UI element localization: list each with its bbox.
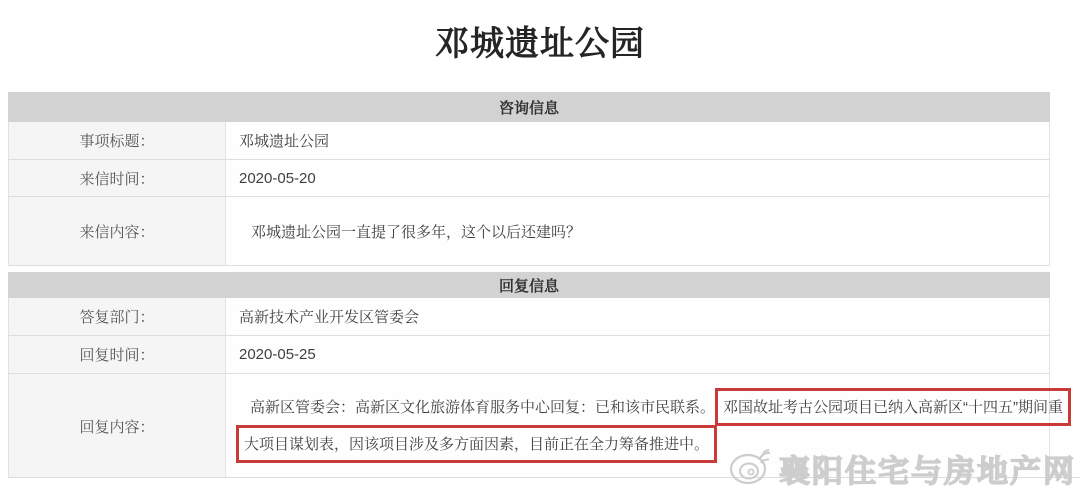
- section-header-inquiry: 咨询信息: [8, 92, 1050, 122]
- info-table: 咨询信息 事项标题： 邓城遗址公园 来信时间： 2020-05-20 来信内容：…: [8, 92, 1050, 478]
- row-label: 答复部门：: [9, 298, 226, 335]
- highlight-red-box-1: 邓国故址考古公园项目已纳入高新区“十四五”期间重: [715, 388, 1071, 426]
- page: { "title": "邓城遗址公园", "sections": { "inqu…: [0, 0, 1080, 494]
- section-header-inquiry-label: 咨询信息: [499, 97, 559, 118]
- row-label: 回复内容：: [9, 374, 226, 478]
- highlight-red-box-2: 大项目谋划表，因该项目涉及多方面因素，目前正在全力筹备推进中。: [236, 425, 717, 463]
- watermark: 襄阳住宅与房地产网: [727, 445, 1076, 492]
- table-row-letter-content: 来信内容： 邓城遗址公园一直提了很多年，这个以后还建吗？: [8, 197, 1050, 266]
- section-header-reply-label: 回复信息: [499, 275, 559, 296]
- table-row-subject: 事项标题： 邓城遗址公园: [8, 122, 1050, 160]
- table-row-letter-date: 来信时间： 2020-05-20: [8, 160, 1050, 197]
- row-label: 回复时间：: [9, 336, 226, 373]
- row-value: 高新技术产业开发区管委会: [226, 298, 1049, 335]
- watermark-text: 襄阳住宅与房地产网: [779, 446, 1076, 491]
- row-label: 来信内容：: [9, 197, 226, 265]
- row-value: 邓城遗址公园: [226, 122, 1049, 159]
- reply-text-normal: 高新区管委会：高新区文化旅游体育服务中心回复：已和该市民联系。: [250, 396, 715, 417]
- page-title: 邓城遗址公园: [0, 16, 1080, 65]
- row-value: 邓城遗址公园一直提了很多年，这个以后还建吗？: [226, 197, 1049, 265]
- table-row-reply-date: 回复时间： 2020-05-25: [8, 336, 1050, 374]
- row-value: 2020-05-25: [226, 336, 1049, 373]
- reply-content-line-1: 高新区管委会：高新区文化旅游体育服务中心回复：已和该市民联系。邓国故址考古公园项…: [236, 388, 1071, 425]
- watermark-swirl-logo-icon: [727, 445, 775, 492]
- row-label: 事项标题：: [9, 122, 226, 159]
- row-value: 2020-05-20: [226, 160, 1049, 196]
- table-row-reply-department: 答复部门： 高新技术产业开发区管委会: [8, 298, 1050, 336]
- row-label: 来信时间：: [9, 160, 226, 196]
- section-header-reply: 回复信息: [8, 272, 1050, 298]
